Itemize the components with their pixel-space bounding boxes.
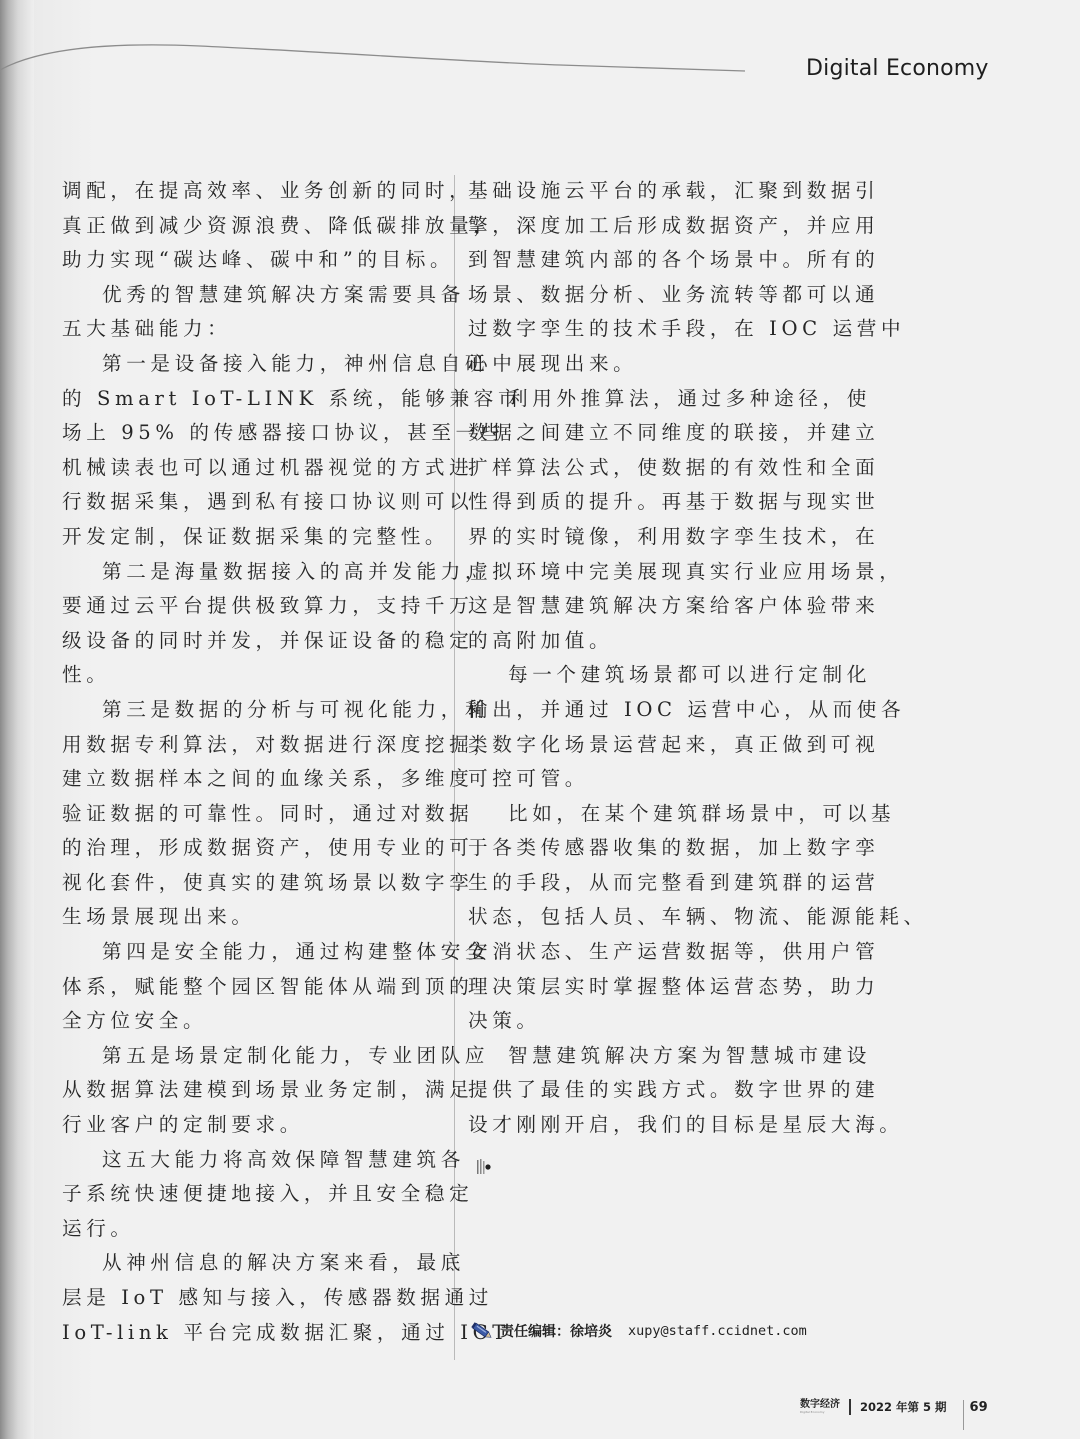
text-line: 心中展现出来。: [468, 347, 833, 382]
text-line: 优秀的智慧建筑解决方案需要具备: [62, 278, 437, 313]
text-line: 从数据算法建模到场景业务定制，满足: [62, 1073, 437, 1108]
page-number: 69: [970, 1400, 988, 1415]
text-line: 于各类传感器收集的数据，加上数字孪: [468, 831, 833, 866]
text-line: 输出，并通过 IOC 运营中心，从而使各: [468, 693, 833, 728]
text-line: 这是智慧建筑解决方案给客户体验带来: [468, 589, 833, 624]
text-line: 建立数据样本之间的血缘关系，多维度: [62, 762, 437, 797]
text-line: 的 Smart IoT-LINK 系统，能够兼容市: [62, 382, 437, 417]
text-line: 场上 95% 的传感器接口协议，甚至一些: [62, 416, 437, 451]
text-line: 行数据采集，遇到私有接口协议则可以: [62, 485, 437, 520]
magazine-subtitle: Digital Economy: [800, 1410, 840, 1414]
text-line: 过数字孪生的技术手段，在 IOC 运营中: [468, 312, 833, 347]
text-line: 第二是海量数据接入的高并发能力，: [62, 555, 437, 590]
text-line: 比如，在某个建筑群场景中，可以基: [468, 797, 833, 832]
footer-separator-page: [963, 1400, 964, 1430]
text-line: 生场景展现出来。: [62, 900, 437, 935]
text-line: 生的手段，从而完整看到建筑群的运营: [468, 866, 833, 901]
text-line: 安消状态、生产运营数据等，供用户管: [468, 935, 833, 970]
text-line: 第三是数据的分析与可视化能力，利: [62, 693, 437, 728]
text-line: 子系统快速便捷地接入，并且安全稳定: [62, 1177, 437, 1212]
pencil-icon: [470, 1321, 494, 1341]
article-end-mark-icon: [476, 1158, 492, 1176]
text-line: 性。: [62, 658, 437, 693]
issue-label: 2022 年第 5 期: [860, 1399, 947, 1415]
text-line: 全方位安全。: [62, 1004, 437, 1039]
text-line: 运行。: [62, 1212, 437, 1247]
text-line: 第一是设备接入能力，神州信息自研: [62, 347, 437, 382]
text-line: 这五大能力将高效保障智慧建筑各: [62, 1143, 437, 1178]
text-line: 第五是场景定制化能力，专业团队应: [62, 1039, 437, 1074]
text-line: 视化套件，使真实的建筑场景以数字孪: [62, 866, 437, 901]
text-line: 从神州信息的解决方案来看，最底: [62, 1246, 437, 1281]
text-line: 调配，在提高效率、业务创新的同时，: [62, 174, 437, 209]
editor-email-link[interactable]: xupy@staff.ccidnet.com: [628, 1323, 807, 1339]
text-line: 行业客户的定制要求。: [62, 1108, 437, 1143]
text-line: 数据之间建立不同维度的联接，并建立: [468, 416, 833, 451]
article-column-left: 调配，在提高效率、业务创新的同时，真正做到减少资源浪费、降低碳排放量，助力实现“…: [62, 174, 437, 1350]
text-line: 界的实时镜像，利用数字孪生技术，在: [468, 520, 833, 555]
text-line: 提供了最佳的实践方式。数字世界的建: [468, 1073, 833, 1108]
text-line: 智慧建筑解决方案为智慧城市建设: [468, 1039, 833, 1074]
text-line: 可控可管。: [468, 762, 833, 797]
text-line: 级设备的同时并发，并保证设备的稳定: [62, 624, 437, 659]
text-line: 真正做到减少资源浪费、降低碳排放量，: [62, 209, 437, 244]
text-line: 基础设施云平台的承载，汇聚到数据引: [468, 174, 833, 209]
text-line: 的高附加值。: [468, 624, 833, 659]
text-line: 决策。: [468, 1004, 833, 1039]
text-line: 扩样算法公式，使数据的有效性和全面: [468, 451, 833, 486]
magazine-logo: 数字经济 Digital Economy: [800, 1400, 840, 1414]
text-line: 类数字化场景运营起来，真正做到可视: [468, 728, 833, 763]
text-line: 虚拟环境中完美展现真实行业应用场景，: [468, 555, 833, 590]
section-header-title: Digital Economy: [806, 56, 989, 81]
text-line: 用数据专利算法，对数据进行深度挖掘，: [62, 728, 437, 763]
text-line: 验证数据的可靠性。同时，通过对数据: [62, 797, 437, 832]
editor-credit: 责任编辑：徐培炎 xupy@staff.ccidnet.com: [470, 1321, 807, 1341]
text-line: 场景、数据分析、业务流转等都可以通: [468, 278, 833, 313]
text-line: 体系，赋能整个园区智能体从端到顶的: [62, 970, 437, 1005]
text-line: 五大基础能力：: [62, 312, 437, 347]
magazine-name: 数字经济: [800, 1399, 840, 1410]
page-footer: 数字经济 Digital Economy 2022 年第 5 期 69: [800, 1392, 988, 1422]
text-line: 状态，包括人员、车辆、物流、能源能耗、: [468, 900, 833, 935]
page-binding-shadow: [0, 0, 34, 1439]
text-line: 层是 IoT 感知与接入，传感器数据通过: [62, 1281, 437, 1316]
text-line: 机械读表也可以通过机器视觉的方式进: [62, 451, 437, 486]
text-line: 要通过云平台提供极致算力，支持千万: [62, 589, 437, 624]
text-line: 理决策层实时掌握整体运营态势，助力: [468, 970, 833, 1005]
text-line: 性得到质的提升。再基于数据与现实世: [468, 485, 833, 520]
text-line: 的治理，形成数据资产，使用专业的可: [62, 831, 437, 866]
article-column-right: 基础设施云平台的承载，汇聚到数据引擎，深度加工后形成数据资产，并应用到智慧建筑内…: [468, 174, 833, 1143]
text-line: IoT-link 平台完成数据汇聚，通过 ICT: [62, 1316, 437, 1351]
text-line: 利用外推算法，通过多种途径，使: [468, 382, 833, 417]
text-line: 擎，深度加工后形成数据资产，并应用: [468, 209, 833, 244]
text-line: 设才刚刚开启，我们的目标是星辰大海。: [468, 1108, 833, 1143]
text-line: 第四是安全能力，通过构建整体安全: [62, 935, 437, 970]
text-line: 每一个建筑场景都可以进行定制化: [468, 658, 833, 693]
editor-name: 责任编辑：徐培炎: [500, 1321, 612, 1341]
header-decorative-curve: [0, 30, 760, 90]
text-line: 到智慧建筑内部的各个场景中。所有的: [468, 243, 833, 278]
text-line: 助力实现“碳达峰、碳中和”的目标。: [62, 243, 437, 278]
text-line: 开发定制，保证数据采集的完整性。: [62, 520, 437, 555]
footer-separator: [849, 1399, 851, 1415]
